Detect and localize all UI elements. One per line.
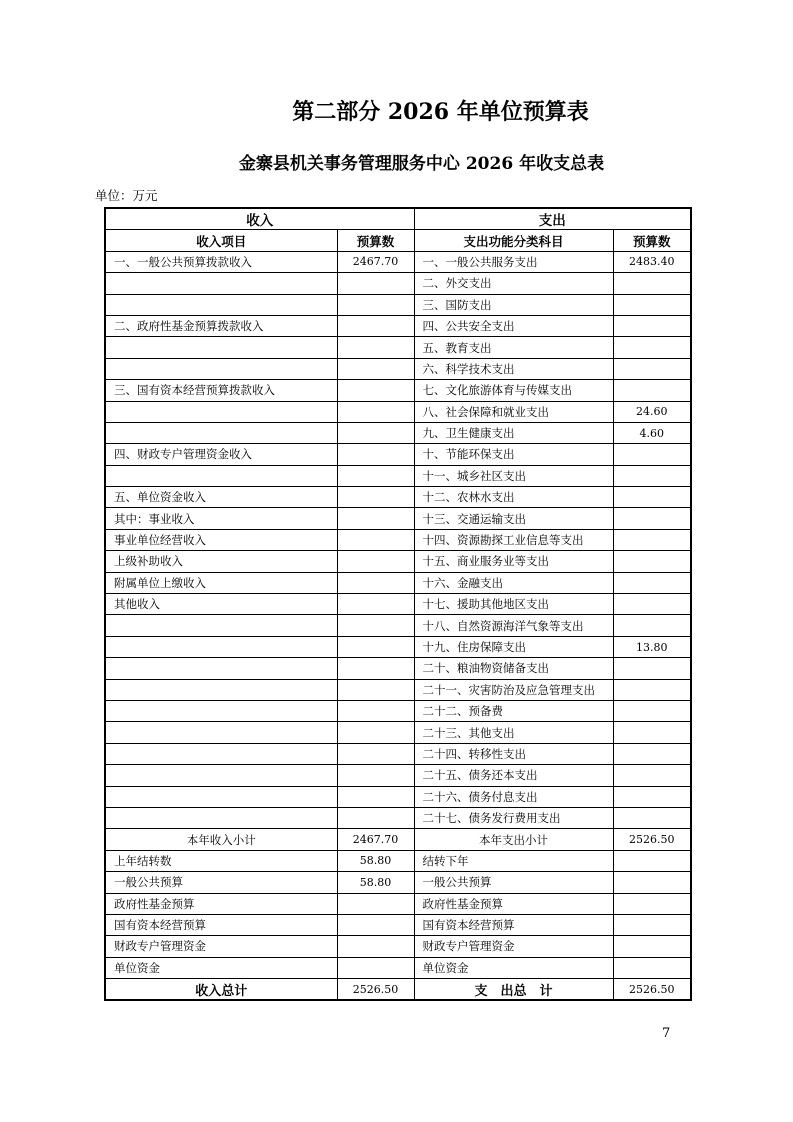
budget-table: 收入 支出 收入项目 预算数 支出功能分类科目 预算数 一、一般公共预算拨款收入… <box>104 207 692 1001</box>
document-page: 第二部分 2026 年单位预算表 金寨县机关事务管理服务中心 2026 年收支总… <box>0 0 793 1122</box>
income-value-cell <box>337 529 414 550</box>
table-row: 附属单位上缴收入十六、金融支出 <box>105 572 691 593</box>
expense-item-cell: 一般公共预算 <box>414 872 613 893</box>
income-value-cell: 2526.50 <box>337 979 414 1001</box>
table-row: 其他收入十七、援助其他地区支出 <box>105 594 691 615</box>
income-item-cell: 政府性基金预算 <box>105 893 337 914</box>
expense-item-cell: 八、社会保障和就业支出 <box>414 401 613 422</box>
expense-value-cell <box>613 594 691 615</box>
expense-item-cell: 三、国防支出 <box>414 294 613 315</box>
expense-value-cell <box>613 508 691 529</box>
expense-item-cell: 五、教育支出 <box>414 337 613 358</box>
table-row: 国有资本经营预算国有资本经营预算 <box>105 914 691 935</box>
expense-item-cell: 十一、城乡社区支出 <box>414 465 613 486</box>
table-row: 三、国防支出 <box>105 294 691 315</box>
income-value-cell <box>337 615 414 636</box>
group-header-row: 收入 支出 <box>105 208 691 230</box>
expense-item-cell: 一、一般公共服务支出 <box>414 251 613 272</box>
income-value-cell <box>337 914 414 935</box>
income-item-cell: 其他收入 <box>105 594 337 615</box>
table-row: 一、一般公共预算拨款收入2467.70一、一般公共服务支出2483.40 <box>105 251 691 272</box>
income-value-cell <box>337 765 414 786</box>
income-item-cell <box>105 765 337 786</box>
income-item-cell <box>105 743 337 764</box>
unit-label: 单位：万元 <box>95 186 158 204</box>
expense-value-cell: 4.60 <box>613 422 691 443</box>
table-row: 八、社会保障和就业支出24.60 <box>105 401 691 422</box>
income-item-cell: 三、国有资本经营预算拨款收入 <box>105 380 337 401</box>
expense-item-cell: 二十四、转移性支出 <box>414 743 613 764</box>
expense-group-header: 支出 <box>414 208 691 230</box>
table-row: 财政专户管理资金财政专户管理资金 <box>105 936 691 957</box>
income-item-cell <box>105 422 337 443</box>
expense-item-cell: 十三、交通运输支出 <box>414 508 613 529</box>
income-item-cell: 收入总计 <box>105 979 337 1001</box>
table-row: 二、外交支出 <box>105 273 691 294</box>
expense-item-cell: 二十二、预备费 <box>414 700 613 721</box>
expense-value-cell <box>613 487 691 508</box>
table-title: 金寨县机关事务管理服务中心 2026 年收支总表 <box>25 149 793 174</box>
expense-value-cell <box>613 615 691 636</box>
income-item-cell: 财政专户管理资金 <box>105 936 337 957</box>
table-row: 二十六、债务付息支出 <box>105 786 691 807</box>
expense-item-cell: 结转下年 <box>414 850 613 871</box>
income-value-cell: 58.80 <box>337 850 414 871</box>
income-item-cell <box>105 465 337 486</box>
table-row: 十八、自然资源海洋气象等支出 <box>105 615 691 636</box>
income-item-cell: 一般公共预算 <box>105 872 337 893</box>
expense-item-cell: 本年支出小计 <box>414 829 613 850</box>
expense-item-cell: 九、卫生健康支出 <box>414 422 613 443</box>
expense-value-cell <box>613 273 691 294</box>
expense-item-cell: 支 出总 计 <box>414 979 613 1001</box>
income-budget-column-header: 预算数 <box>337 230 414 251</box>
expense-item-cell: 财政专户管理资金 <box>414 936 613 957</box>
expense-item-cell: 二十六、债务付息支出 <box>414 786 613 807</box>
expense-value-cell <box>613 700 691 721</box>
income-value-cell <box>337 273 414 294</box>
table-row: 其中：事业收入十三、交通运输支出 <box>105 508 691 529</box>
income-value-cell: 2467.70 <box>337 829 414 850</box>
expense-value-cell: 2526.50 <box>613 829 691 850</box>
table-body: 一、一般公共预算拨款收入2467.70一、一般公共服务支出2483.40二、外交… <box>105 251 691 1000</box>
expense-value-cell <box>613 337 691 358</box>
expense-value-cell <box>613 743 691 764</box>
table-row: 六、科学技术支出 <box>105 358 691 379</box>
income-group-header: 收入 <box>105 208 414 230</box>
income-value-cell <box>337 422 414 443</box>
income-value-cell <box>337 401 414 422</box>
income-value-cell <box>337 508 414 529</box>
income-item-column-header: 收入项目 <box>105 230 337 251</box>
expense-value-cell <box>613 294 691 315</box>
income-value-cell <box>337 786 414 807</box>
expense-item-cell: 四、公共安全支出 <box>414 315 613 336</box>
table-row: 收入总计2526.50支 出总 计2526.50 <box>105 979 691 1001</box>
expense-value-cell <box>613 380 691 401</box>
income-item-cell: 事业单位经营收入 <box>105 529 337 550</box>
income-item-cell: 二、政府性基金预算拨款收入 <box>105 315 337 336</box>
table-row: 五、教育支出 <box>105 337 691 358</box>
expense-value-cell <box>613 722 691 743</box>
table-row: 二十七、债务发行费用支出 <box>105 807 691 828</box>
income-item-cell: 四、财政专户管理资金收入 <box>105 444 337 465</box>
income-item-cell <box>105 337 337 358</box>
income-value-cell <box>337 679 414 700</box>
expense-item-cell: 二十七、债务发行费用支出 <box>414 807 613 828</box>
income-item-cell <box>105 658 337 679</box>
expense-value-cell <box>613 893 691 914</box>
income-value-cell <box>337 936 414 957</box>
expense-item-cell: 六、科学技术支出 <box>414 358 613 379</box>
expense-value-cell <box>613 765 691 786</box>
page-number: 7 <box>662 1026 670 1041</box>
expense-value-cell <box>613 315 691 336</box>
expense-item-cell: 二、外交支出 <box>414 273 613 294</box>
income-value-cell <box>337 893 414 914</box>
table-row: 上年结转数58.80结转下年 <box>105 850 691 871</box>
expense-budget-column-header: 预算数 <box>613 230 691 251</box>
income-item-cell: 一、一般公共预算拨款收入 <box>105 251 337 272</box>
table-row: 一般公共预算58.80一般公共预算 <box>105 872 691 893</box>
income-value-cell <box>337 315 414 336</box>
expense-item-cell: 二十、粮油物资储备支出 <box>414 658 613 679</box>
expense-item-cell: 十五、商业服务业等支出 <box>414 551 613 572</box>
income-item-cell <box>105 807 337 828</box>
table-row: 二、政府性基金预算拨款收入四、公共安全支出 <box>105 315 691 336</box>
expense-value-cell <box>613 786 691 807</box>
income-value-cell <box>337 551 414 572</box>
expense-value-cell <box>613 529 691 550</box>
income-value-cell <box>337 358 414 379</box>
table-row: 本年收入小计2467.70本年支出小计2526.50 <box>105 829 691 850</box>
income-value-cell <box>337 294 414 315</box>
expense-item-cell: 二十一、灾害防治及应急管理支出 <box>414 679 613 700</box>
expense-value-cell <box>613 572 691 593</box>
income-item-cell <box>105 294 337 315</box>
expense-item-cell: 十二、农林水支出 <box>414 487 613 508</box>
expense-item-cell: 十四、资源勘探工业信息等支出 <box>414 529 613 550</box>
expense-item-cell: 十九、住房保障支出 <box>414 636 613 657</box>
income-value-cell <box>337 722 414 743</box>
income-value-cell <box>337 594 414 615</box>
income-item-cell: 国有资本经营预算 <box>105 914 337 935</box>
income-item-cell: 上级补助收入 <box>105 551 337 572</box>
expense-value-cell <box>613 850 691 871</box>
expense-item-cell: 政府性基金预算 <box>414 893 613 914</box>
expense-item-cell: 十六、金融支出 <box>414 572 613 593</box>
income-value-cell <box>337 743 414 764</box>
income-value-cell <box>337 700 414 721</box>
table-row: 二十三、其他支出 <box>105 722 691 743</box>
expense-value-cell <box>613 807 691 828</box>
expense-item-cell: 十七、援助其他地区支出 <box>414 594 613 615</box>
income-item-cell <box>105 401 337 422</box>
table-row: 二十一、灾害防治及应急管理支出 <box>105 679 691 700</box>
expense-value-cell <box>613 658 691 679</box>
income-item-cell <box>105 722 337 743</box>
income-item-cell <box>105 636 337 657</box>
income-value-cell <box>337 957 414 978</box>
income-value-cell <box>337 487 414 508</box>
income-item-cell <box>105 786 337 807</box>
table-row: 四、财政专户管理资金收入十、节能环保支出 <box>105 444 691 465</box>
income-value-cell <box>337 465 414 486</box>
expense-value-cell <box>613 957 691 978</box>
table-row: 十九、住房保障支出13.80 <box>105 636 691 657</box>
expense-value-cell: 2483.40 <box>613 251 691 272</box>
expense-item-cell: 二十三、其他支出 <box>414 722 613 743</box>
income-item-cell: 本年收入小计 <box>105 829 337 850</box>
expense-value-cell <box>613 465 691 486</box>
table-row: 三、国有资本经营预算拨款收入七、文化旅游体育与传媒支出 <box>105 380 691 401</box>
income-item-cell: 附属单位上缴收入 <box>105 572 337 593</box>
expense-value-cell: 2526.50 <box>613 979 691 1001</box>
expense-value-cell <box>613 679 691 700</box>
expense-value-cell <box>613 872 691 893</box>
table-row: 事业单位经营收入十四、资源勘探工业信息等支出 <box>105 529 691 550</box>
income-item-cell: 上年结转数 <box>105 850 337 871</box>
expense-value-cell: 24.60 <box>613 401 691 422</box>
table-row: 十一、城乡社区支出 <box>105 465 691 486</box>
table-row: 二十、粮油物资储备支出 <box>105 658 691 679</box>
part-title: 第二部分 2026 年单位预算表 <box>44 95 793 126</box>
income-item-cell: 五、单位资金收入 <box>105 487 337 508</box>
income-item-cell <box>105 615 337 636</box>
income-value-cell <box>337 337 414 358</box>
expense-item-cell: 十、节能环保支出 <box>414 444 613 465</box>
income-value-cell: 2467.70 <box>337 251 414 272</box>
table-row: 五、单位资金收入十二、农林水支出 <box>105 487 691 508</box>
expense-item-cell: 七、文化旅游体育与传媒支出 <box>414 380 613 401</box>
income-value-cell <box>337 572 414 593</box>
table-row: 二十二、预备费 <box>105 700 691 721</box>
table-row: 二十四、转移性支出 <box>105 743 691 764</box>
table-row: 二十五、债务还本支出 <box>105 765 691 786</box>
expense-value-cell <box>613 551 691 572</box>
income-value-cell <box>337 636 414 657</box>
income-item-cell <box>105 700 337 721</box>
expense-value-cell <box>613 444 691 465</box>
expense-value-cell <box>613 914 691 935</box>
expense-value-cell <box>613 358 691 379</box>
expense-item-cell: 十八、自然资源海洋气象等支出 <box>414 615 613 636</box>
income-value-cell <box>337 658 414 679</box>
income-item-cell <box>105 358 337 379</box>
income-item-cell: 其中：事业收入 <box>105 508 337 529</box>
expense-item-column-header: 支出功能分类科目 <box>414 230 613 251</box>
expense-value-cell <box>613 936 691 957</box>
table-row: 九、卫生健康支出4.60 <box>105 422 691 443</box>
table-row: 单位资金单位资金 <box>105 957 691 978</box>
expense-item-cell: 单位资金 <box>414 957 613 978</box>
income-value-cell: 58.80 <box>337 872 414 893</box>
income-value-cell <box>337 807 414 828</box>
table-row: 政府性基金预算政府性基金预算 <box>105 893 691 914</box>
table-row: 上级补助收入十五、商业服务业等支出 <box>105 551 691 572</box>
income-item-cell: 单位资金 <box>105 957 337 978</box>
income-item-cell <box>105 679 337 700</box>
income-item-cell <box>105 273 337 294</box>
expense-item-cell: 国有资本经营预算 <box>414 914 613 935</box>
income-value-cell <box>337 444 414 465</box>
expense-value-cell: 13.80 <box>613 636 691 657</box>
expense-item-cell: 二十五、债务还本支出 <box>414 765 613 786</box>
income-value-cell <box>337 380 414 401</box>
column-header-row: 收入项目 预算数 支出功能分类科目 预算数 <box>105 230 691 251</box>
